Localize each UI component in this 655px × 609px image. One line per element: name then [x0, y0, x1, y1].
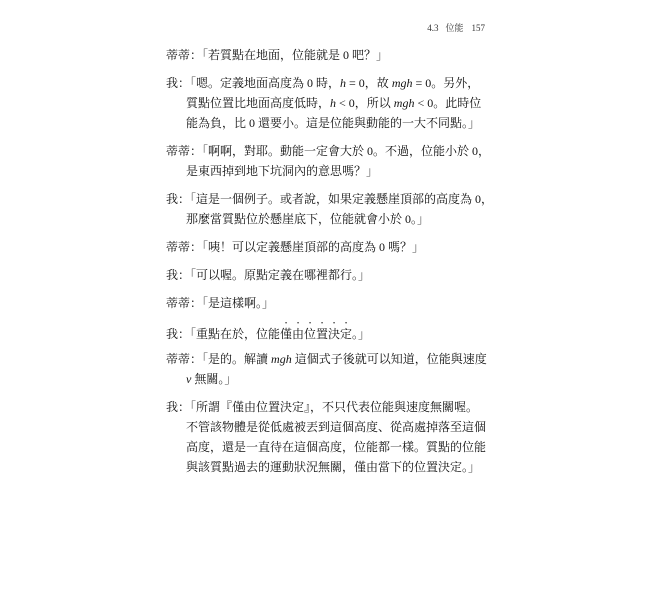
- dialogue-text: 那麼當質點位於懸崖底下，位能就會小於 0。」: [186, 212, 429, 226]
- dialogue-text-line: 我：「重點在於，位能僅由位置決定。」: [166, 321, 488, 341]
- dialogue-text-line: 蒂蒂：「是的。解讀 mgh 這個式子後就可以知道，位能與速度: [166, 349, 488, 369]
- dialogue-narrator: 我：「所謂『僅由位置決定』，不只代表位能與速度無關喔。 不管該物體是從低處被丟到…: [166, 397, 488, 477]
- dialogue-text-line: 我：「這是一個例子。或者說，如果定義懸崖頂部的高度為 0，: [166, 189, 488, 209]
- dialogue-tetra: 蒂蒂：「啊啊，對耶。動能一定會大於 0。不過，位能小於 0， 是東西掉到地下坑洞…: [166, 141, 488, 181]
- dialogue-tetra: 蒂蒂：「是這樣啊。」: [166, 293, 488, 313]
- running-head: 4.3位能157: [427, 21, 485, 35]
- dialogue-text-line: 與該質點過去的運動狀況無關，僅由當下的位置決定。」: [166, 457, 488, 477]
- dialogue-text: 這個式子後就可以知道，位能與速度: [292, 352, 487, 366]
- math-variable: mgh: [394, 96, 415, 110]
- section-number: 4.3: [427, 21, 438, 35]
- dialogue-text: 質點位置比地面高度低時，: [186, 96, 330, 110]
- dialogue-text-line: 蒂蒂：「啊啊，對耶。動能一定會大於 0。不過，位能小於 0，: [166, 141, 488, 161]
- dialogue-text-line: 我：「嗯。定義地面高度為 0 時，h = 0，故 mgh = 0。另外，: [166, 73, 488, 93]
- emphasized-text: 僅由位置決定: [280, 327, 352, 341]
- speaker-label: 我：: [166, 268, 190, 282]
- speaker-label: 我：: [166, 192, 190, 206]
- dialogue-text: = 0。另外，: [412, 76, 479, 90]
- speaker-label: 蒂蒂：: [166, 144, 202, 158]
- dialogue-text-line: v 無關。」: [166, 369, 488, 389]
- dialogue-tetra: 蒂蒂：「若質點在地面，位能就是 0 吧？」: [166, 45, 488, 65]
- dialogue-narrator: 我：「可以喔。原點定義在哪裡都行。」: [166, 265, 488, 285]
- speaker-label: 蒂蒂：: [166, 296, 202, 310]
- dialogue-text: 「重點在於，位能: [190, 327, 280, 341]
- dialogue-text-line: 蒂蒂：「若質點在地面，位能就是 0 吧？」: [166, 45, 488, 65]
- dialogue-text: 與該質點過去的運動狀況無關，僅由當下的位置決定。」: [186, 460, 480, 474]
- dialogue-text: < 0，所以: [336, 96, 394, 110]
- dialogue-text-line: 能為負，比 0 還要小。這是位能與動能的一大不同點。」: [166, 113, 488, 133]
- dialogue-text: 「是的。解讀: [202, 352, 271, 366]
- dialogue-text-line: 蒂蒂：「是這樣啊。」: [166, 293, 488, 313]
- speaker-label: 蒂蒂：: [166, 240, 202, 254]
- dialogue-text: 高度，還是一直待在這個高度，位能都一樣。質點的位能: [186, 440, 486, 454]
- dialogue-text: 「是這樣啊。」: [202, 296, 274, 310]
- dialogue-text: 能為負，比 0 還要小。這是位能與動能的一大不同點。」: [186, 116, 480, 130]
- speaker-label: 我：: [166, 400, 190, 414]
- dialogue-tetra: 蒂蒂：「是的。解讀 mgh 這個式子後就可以知道，位能與速度 v 無關。」: [166, 349, 488, 389]
- dialogue-text-line: 不管該物體是從低處被丟到這個高度、從高處掉落至這個: [166, 417, 488, 437]
- dialogue-text: 「嗯。定義地面高度為 0 時，: [190, 76, 340, 90]
- dialogue-text-line: 高度，還是一直待在這個高度，位能都一樣。質點的位能: [166, 437, 488, 457]
- dialogue-text: 。」: [352, 327, 370, 341]
- dialogue-text-line: 那麼當質點位於懸崖底下，位能就會小於 0。」: [166, 209, 488, 229]
- dialogue-text-line: 我：「可以喔。原點定義在哪裡都行。」: [166, 265, 488, 285]
- dialogue-text: 「可以喔。原點定義在哪裡都行。」: [190, 268, 370, 282]
- dialogue-text-line: 是東西掉到地下坑洞內的意思嗎？」: [166, 161, 488, 181]
- speaker-label: 蒂蒂：: [166, 48, 202, 62]
- dialogue-text-line: 蒂蒂：「咦！可以定義懸崖頂部的高度為 0 嗎？」: [166, 237, 488, 257]
- dialogue-text: 「這是一個例子。或者說，如果定義懸崖頂部的高度為 0，: [190, 192, 493, 206]
- dialogue-body: 蒂蒂：「若質點在地面，位能就是 0 吧？」 我：「嗯。定義地面高度為 0 時，h…: [166, 45, 488, 485]
- dialogue-text: 「所謂『僅由位置決定』，不只代表位能與速度無關喔。: [190, 400, 478, 414]
- dialogue-tetra: 蒂蒂：「咦！可以定義懸崖頂部的高度為 0 嗎？」: [166, 237, 488, 257]
- speaker-label: 我：: [166, 327, 190, 341]
- math-variable: mgh: [392, 76, 413, 90]
- dialogue-text: 無關。」: [191, 372, 236, 386]
- speaker-label: 蒂蒂：: [166, 352, 202, 366]
- section-title: 位能: [445, 21, 463, 35]
- page-number: 157: [472, 21, 486, 35]
- dialogue-text: 「若質點在地面，位能就是 0 吧？」: [202, 48, 388, 62]
- speaker-label: 我：: [166, 76, 190, 90]
- dialogue-text: = 0，故: [346, 76, 392, 90]
- dialogue-narrator: 我：「這是一個例子。或者說，如果定義懸崖頂部的高度為 0， 那麼當質點位於懸崖底…: [166, 189, 488, 229]
- dialogue-text: 「啊啊，對耶。動能一定會大於 0。不過，位能小於 0，: [202, 144, 490, 158]
- dialogue-narrator: 我：「重點在於，位能僅由位置決定。」: [166, 321, 488, 341]
- dialogue-text-line: 質點位置比地面高度低時，h < 0，所以 mgh < 0。此時位: [166, 93, 488, 113]
- dialogue-text: 不管該物體是從低處被丟到這個高度、從高處掉落至這個: [186, 420, 486, 434]
- dialogue-narrator: 我：「嗯。定義地面高度為 0 時，h = 0，故 mgh = 0。另外， 質點位…: [166, 73, 488, 133]
- dialogue-text: 是東西掉到地下坑洞內的意思嗎？」: [186, 164, 378, 178]
- dialogue-text: 「咦！可以定義懸崖頂部的高度為 0 嗎？」: [202, 240, 424, 254]
- dialogue-text-line: 我：「所謂『僅由位置決定』，不只代表位能與速度無關喔。: [166, 397, 488, 417]
- dialogue-text: < 0。此時位: [414, 96, 481, 110]
- math-variable: mgh: [271, 352, 292, 366]
